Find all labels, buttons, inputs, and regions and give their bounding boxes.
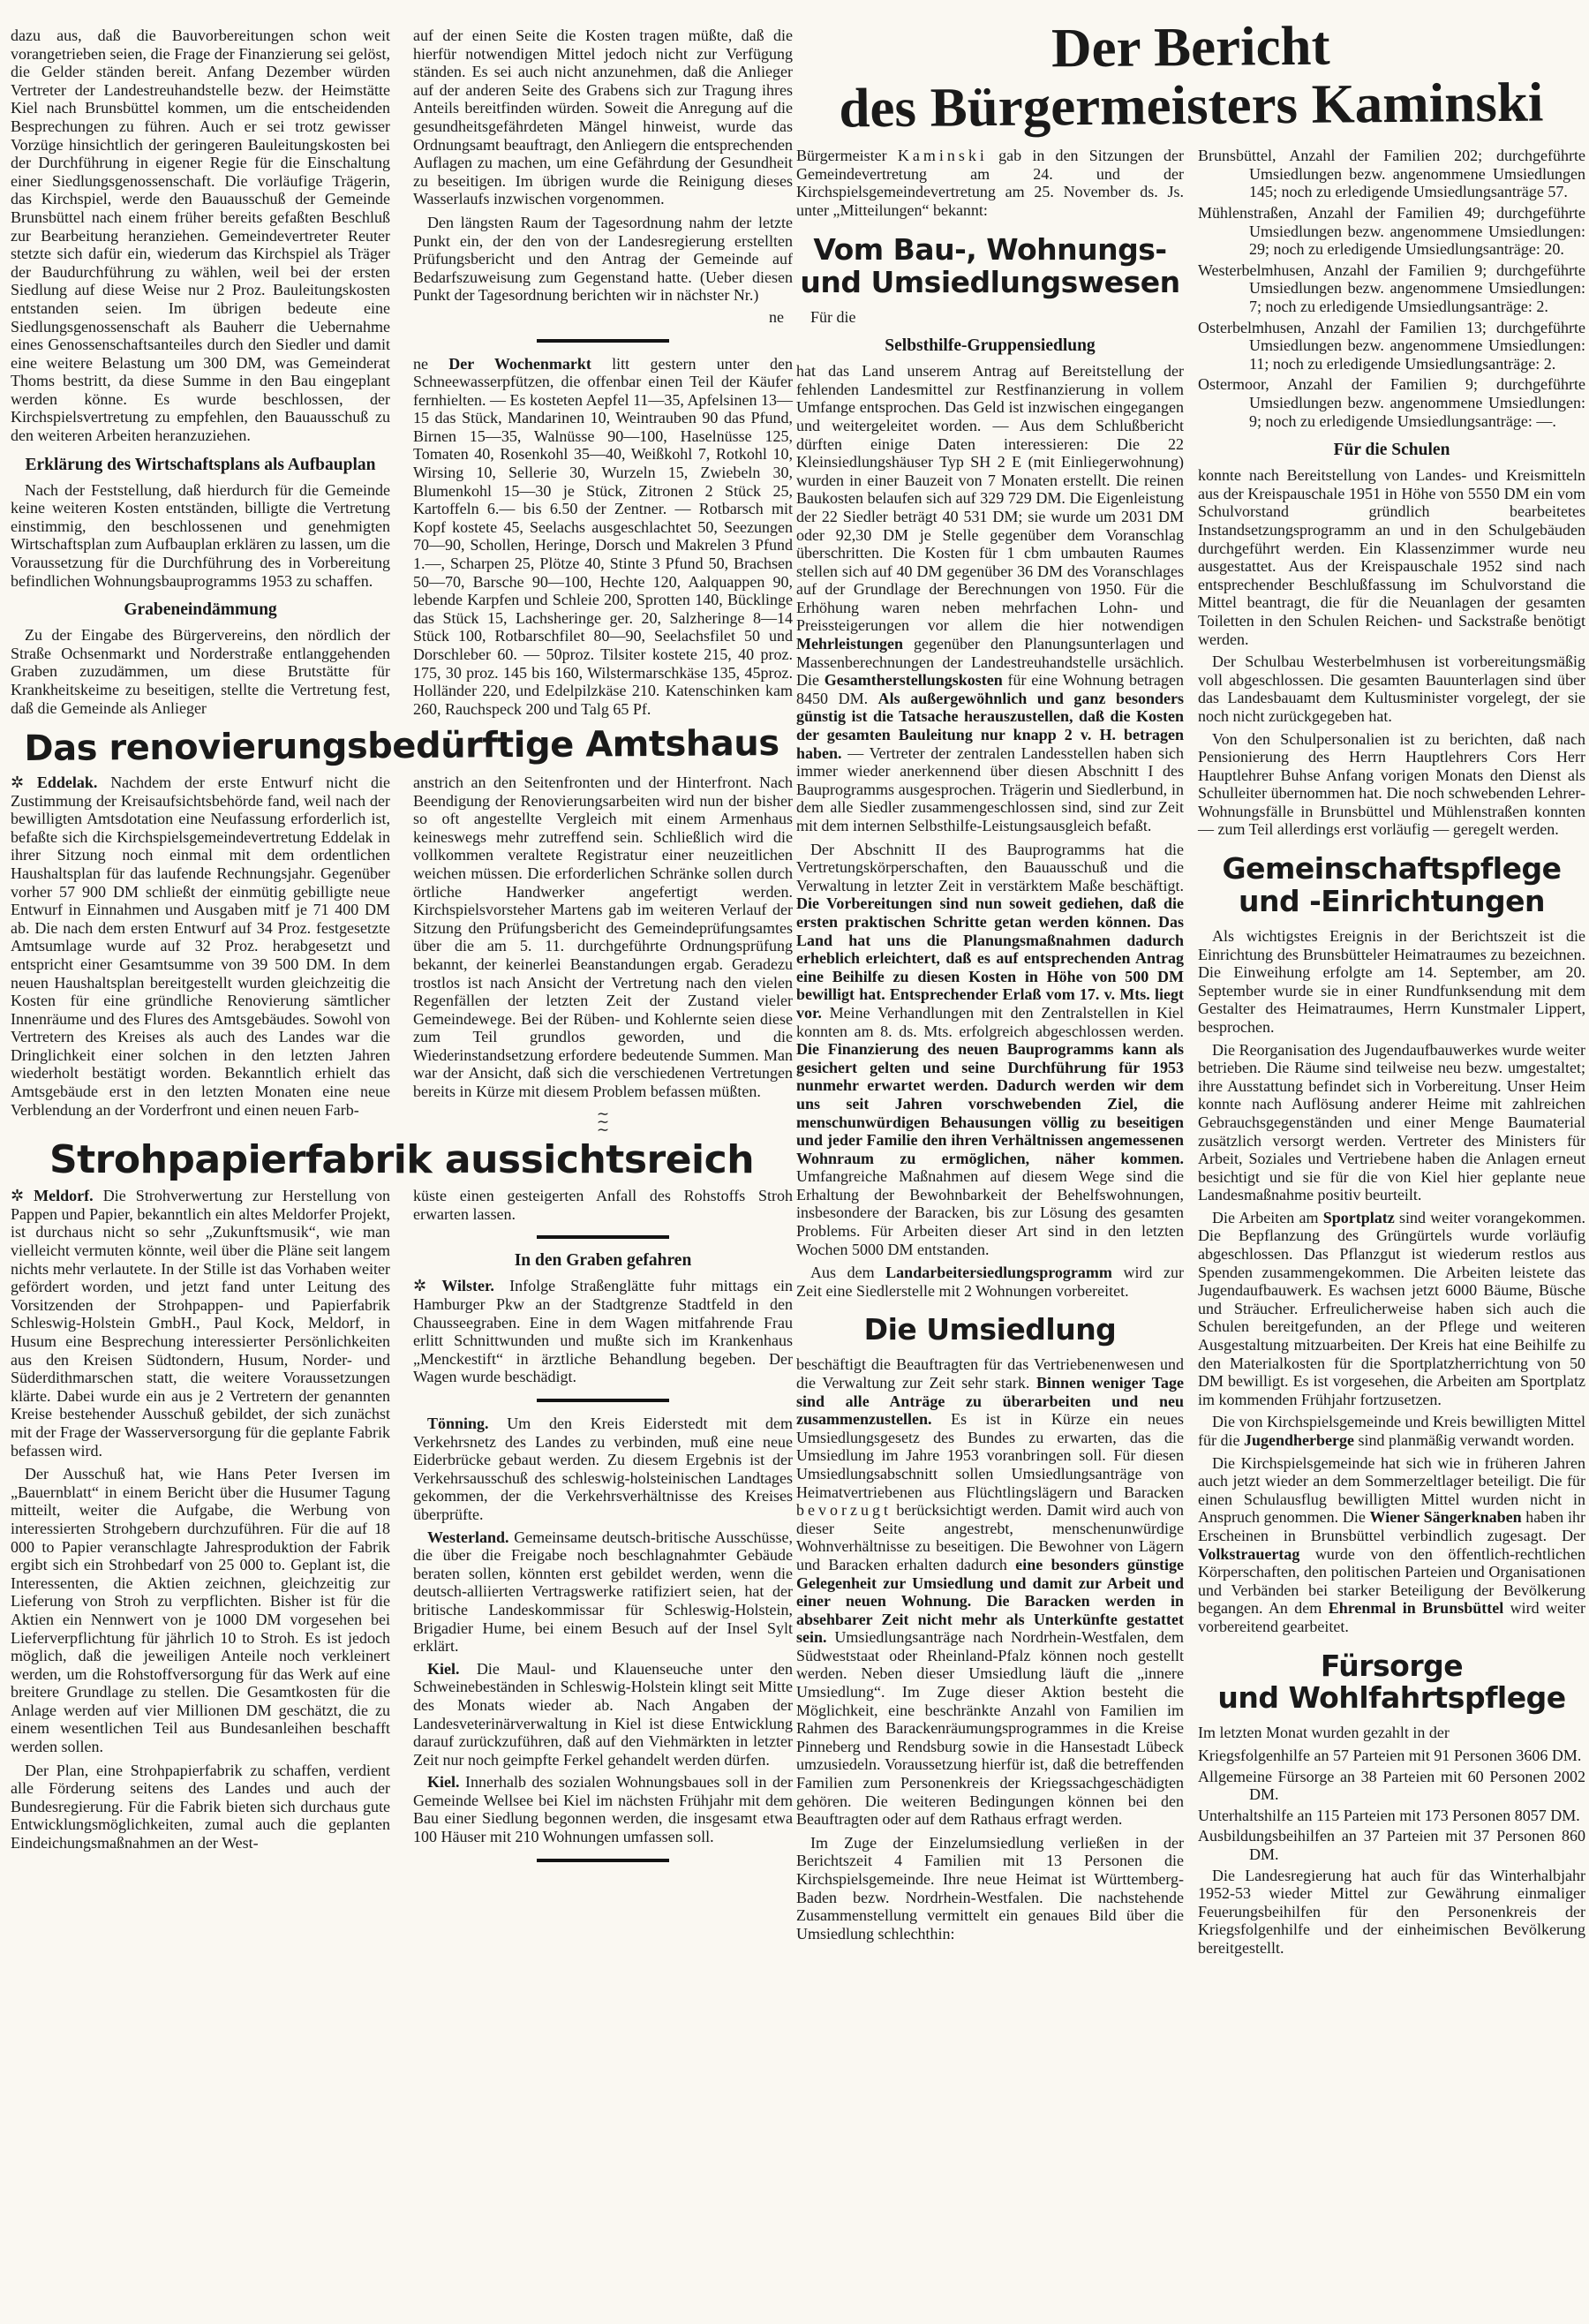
body-paragraph: konnte nach Bereitstellung von Landes- u…: [1198, 466, 1585, 648]
body-paragraph: Aus dem Landarbeitersiedlungsprogramm wi…: [796, 1264, 1184, 1300]
headline-bericht-kaminski: Der Bericht des Bürgermeisters Kaminski: [795, 0, 1585, 138]
top-left-article: dazu aus, daß die Bauvorbereitungen scho…: [11, 26, 793, 723]
fuersorge-list-item: Unterhaltshilfe an 115 Parteien mit 173 …: [1198, 1807, 1585, 1825]
fuersorge-intro: Im letzten Monat wurden gezahlt in der: [1198, 1724, 1585, 1742]
body-paragraph: anstrich an den Seitenfronten und der Hi…: [413, 773, 793, 1101]
column-2: anstrich an den Seitenfronten und der Hi…: [413, 773, 793, 1137]
subhead-graben-gefahren: In den Graben gefahren: [422, 1251, 784, 1271]
section-head-gemeinschaftspflege: Gemeinschaftspflege und -Einrichtungen: [1198, 853, 1585, 918]
section-head-umsiedlung: Die Umsiedlung: [796, 1314, 1184, 1347]
body-paragraph: Den längsten Raum der Tagesordnung nahm …: [413, 214, 793, 305]
body-paragraph: Die Landesregierung hat auch für das Win…: [1198, 1867, 1585, 1958]
body-paragraph: beschäftigt die Beauftragten für das Ver…: [796, 1355, 1184, 1828]
fuersorge-list-item: Allgemeine Fürsorge an 38 Parteien mit 6…: [1198, 1768, 1585, 1804]
column-2: küste einen gesteigerten Anfall des Rohs…: [413, 1187, 793, 1874]
eddelak-article: ✲ Eddelak. Nachdem der erste Entwurf nic…: [11, 773, 793, 1137]
lead-in-text: Für die: [796, 308, 1184, 327]
fuersorge-list-item: Ausbildungsbeihilfen an 37 Parteien mit …: [1198, 1827, 1585, 1863]
column-1: ✲ Eddelak. Nachdem der erste Entwurf nic…: [11, 773, 390, 1124]
headline-line-2: des Bürgermeisters Kaminski: [796, 72, 1586, 138]
section-head-bauwesen: Vom Bau-, Wohnungs- und Umsiedlungswesen: [796, 234, 1184, 299]
body-paragraph: Die Arbeiten am Sportplatz sind weiter v…: [1198, 1209, 1585, 1409]
left-section: dazu aus, daß die Bauvorbereitungen scho…: [11, 26, 793, 1875]
wochenmarkt-paragraph: ne Der Wochenmarkt litt gestern unter de…: [413, 355, 793, 719]
report-intro: Bürgermeister Kaminski gab in den Sitzun…: [796, 147, 1184, 219]
kaminski-report: Bürgermeister Kaminski gab in den Sitzun…: [796, 147, 1585, 1961]
column-2: auf der einen Seite die Kosten tragen mü…: [413, 26, 793, 723]
body-paragraph: Der Abschnitt II des Bauprogramms hat di…: [796, 841, 1184, 1259]
subhead-selbsthilfe: Selbsthilfe-Gruppensiedlung: [805, 336, 1175, 356]
headline-strohpapierfabrik: Strohpapierfabrik aussichtsreich: [11, 1151, 793, 1170]
wavy-separator: ∼ ∼ ∼: [413, 1110, 793, 1134]
divider-rule: [537, 339, 669, 343]
newspaper-page: dazu aus, daß die Bauvorbereitungen scho…: [0, 0, 1589, 2324]
body-paragraph: Der Plan, eine Strohpapierfabrik zu scha…: [11, 1762, 390, 1852]
body-paragraph: Zu der Eingabe des Bürgervereins, den nö…: [11, 626, 390, 717]
body-paragraph: Die Reorganisation des Jugendaufbauwerke…: [1198, 1041, 1585, 1204]
kiel-item: Kiel. Die Maul- und Klauenseuche unter d…: [413, 1660, 793, 1769]
subhead-wirtschaftsplan: Erklärung des Wirtschaftsplans als Aufba…: [19, 456, 381, 475]
body-paragraph: Der Schulbau Westerbelmhusen ist vorbere…: [1198, 653, 1585, 725]
right-section: Der Bericht des Bürgermeisters Kaminski …: [796, 0, 1585, 1962]
westerland-item: Westerland. Gemeinsame deutsch-britische…: [413, 1528, 793, 1656]
subhead-schulen: Für die Schulen: [1207, 441, 1577, 460]
body-paragraph: ✲ Eddelak. Nachdem der erste Entwurf nic…: [11, 773, 390, 1119]
wilster-item: ✲ Wilster. Infolge Straßenglätte fuhr mi…: [413, 1277, 793, 1386]
body-paragraph: Die von Kirchspielsgemeinde und Kreis be…: [1198, 1413, 1585, 1449]
column-1: ✲ Meldorf. Die Strohverwertung zur Herst…: [11, 1187, 390, 1857]
umsiedlung-list-item: Mühlenstraßen, Anzahl der Familien 49; d…: [1198, 204, 1585, 259]
body-paragraph: Der Ausschuß hat, wie Hans Peter Iversen…: [11, 1465, 390, 1756]
body-paragraph: hat das Land unserem Antrag auf Bereitst…: [796, 362, 1184, 834]
divider-rule: [537, 1399, 669, 1402]
column-3: Bürgermeister Kaminski gab in den Sitzun…: [796, 147, 1184, 1948]
divider-rule: [537, 1235, 669, 1239]
body-paragraph: ✲ Meldorf. Die Strohverwertung zur Herst…: [11, 1187, 390, 1460]
body-paragraph: Nach der Feststellung, daß hierdurch für…: [11, 481, 390, 591]
divider-rule: [537, 1859, 669, 1862]
headline-line-1: Der Bericht: [796, 14, 1586, 79]
body-paragraph: Als wichtigstes Ereignis in der Berichts…: [1198, 927, 1585, 1037]
section-head-fuersorge: Fürsorge und Wohlfahrtspflege: [1198, 1650, 1585, 1716]
subhead-grabeneindaemmung: Grabeneindämmung: [19, 600, 381, 620]
umsiedlung-list-item: Osterbelmhusen, Anzahl der Familien 13; …: [1198, 319, 1585, 373]
column-1: dazu aus, daß die Bauvorbereitungen scho…: [11, 26, 390, 722]
umsiedlung-list-item: Westerbelmhusen, Anzahl der Familien 9; …: [1198, 261, 1585, 316]
stray-text: ne: [413, 308, 793, 327]
meldorf-article: ✲ Meldorf. Die Strohverwertung zur Herst…: [11, 1187, 793, 1874]
kiel-item: Kiel. Innerhalb des sozialen Wohnungsbau…: [413, 1773, 793, 1845]
body-paragraph: Die Kirchspielsgemeinde hat sich wie in …: [1198, 1454, 1585, 1636]
body-paragraph: dazu aus, daß die Bauvorbereitungen scho…: [11, 26, 390, 445]
column-4: Brunsbüttel, Anzahl der Familien 202; du…: [1198, 147, 1585, 1961]
umsiedlung-list-item: Brunsbüttel, Anzahl der Familien 202; du…: [1198, 147, 1585, 201]
toenning-item: Tönning. Um den Kreis Eiderstedt mit dem…: [413, 1415, 793, 1524]
body-paragraph: Von den Schulpersonalien ist zu berichte…: [1198, 730, 1585, 840]
body-paragraph: auf der einen Seite die Kosten tragen mü…: [413, 26, 793, 208]
umsiedlung-list-item: Ostermoor, Anzahl der Familien 9; durchg…: [1198, 375, 1585, 430]
headline-amtshaus: Das renovierungsbedürftige Amtshaus: [11, 735, 793, 758]
body-paragraph: Im Zuge der Einzelumsiedlung verließen i…: [796, 1834, 1184, 1943]
body-paragraph: küste einen gesteigerten Anfall des Rohs…: [413, 1187, 793, 1223]
fuersorge-list-item: Kriegsfolgenhilfe an 57 Parteien mit 91 …: [1198, 1747, 1585, 1765]
